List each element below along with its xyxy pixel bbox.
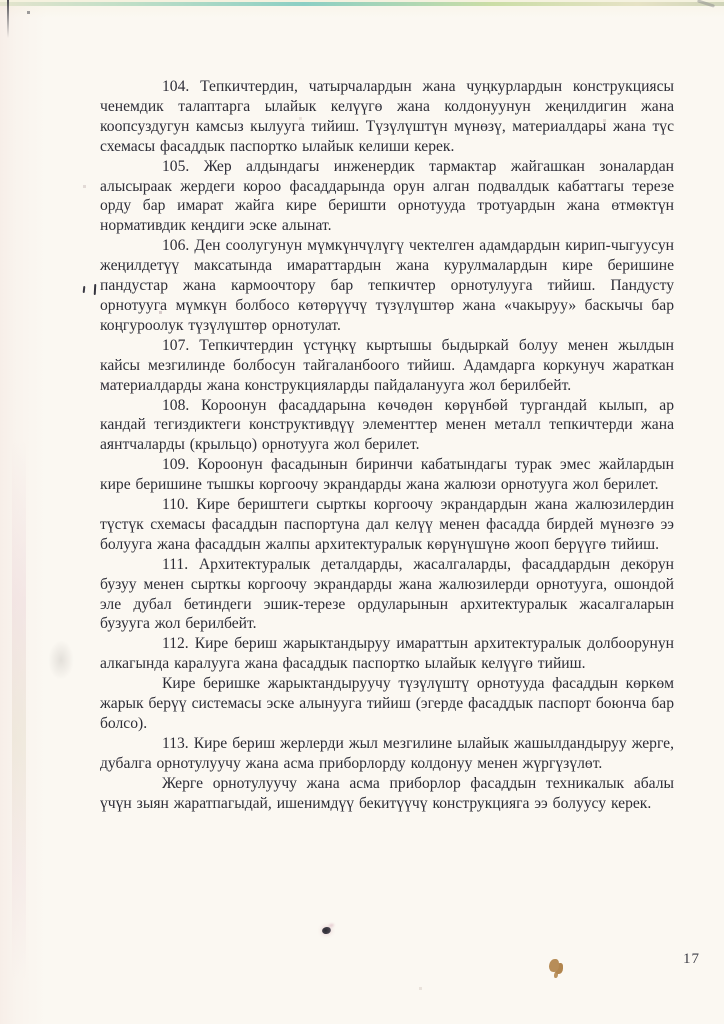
paper-speckles: [0, 0, 1, 1]
scan-edge-top-line: [0, 0, 724, 6]
paragraph-104: 104. Тепкичтердин, чатырчалардын жана чу…: [100, 77, 674, 157]
scan-edge-left-line: [7, 0, 9, 38]
paragraph-113: 113. Кире бериш жерлерди жыл мезгилине ы…: [100, 734, 674, 774]
paragraph-110: 110. Кире бериштеги сырткы коргоочу экра…: [100, 495, 674, 555]
paper-smudge: [48, 640, 74, 680]
pen-mark: [94, 284, 97, 295]
document-text-block: 104. Тепкичтердин, чатырчалардын жана чу…: [100, 77, 674, 814]
paragraph-111: 111. Архитектуралык деталдарды, жасалгал…: [100, 555, 674, 635]
paragraph-112: 112. Кире бериш жарыктандыруу имараттын …: [100, 634, 674, 674]
scanned-document-page: 104. Тепкичтердин, чатырчалардын жана чу…: [0, 0, 724, 1024]
paragraph-106: 106. Ден соолугунун мүмкүнчүлүгү чектелг…: [100, 236, 674, 336]
paper-streak: [12, 440, 26, 980]
brown-stain: [549, 959, 559, 972]
paragraph-108: 108. Короонун фасаддарына көчөдөн көрүнб…: [100, 396, 674, 456]
ink-blot: [321, 926, 331, 935]
paragraph-112-continued: Кире беришке жарыктандыруучу түзүлүштү о…: [100, 674, 674, 734]
pen-mark: [83, 286, 86, 293]
paragraph-109: 109. Короонун фасадынын биринчи кабатынд…: [100, 455, 674, 495]
paragraph-107: 107. Тепкичтердин үстүңкү кыртышы быдырк…: [100, 336, 674, 396]
paragraph-105: 105. Жер алдындагы инженердик тармактар …: [100, 157, 674, 237]
paragraph-113-continued: Жерге орнотулуучу жана асма приборлор фа…: [100, 774, 674, 814]
page-number: 17: [683, 951, 700, 968]
